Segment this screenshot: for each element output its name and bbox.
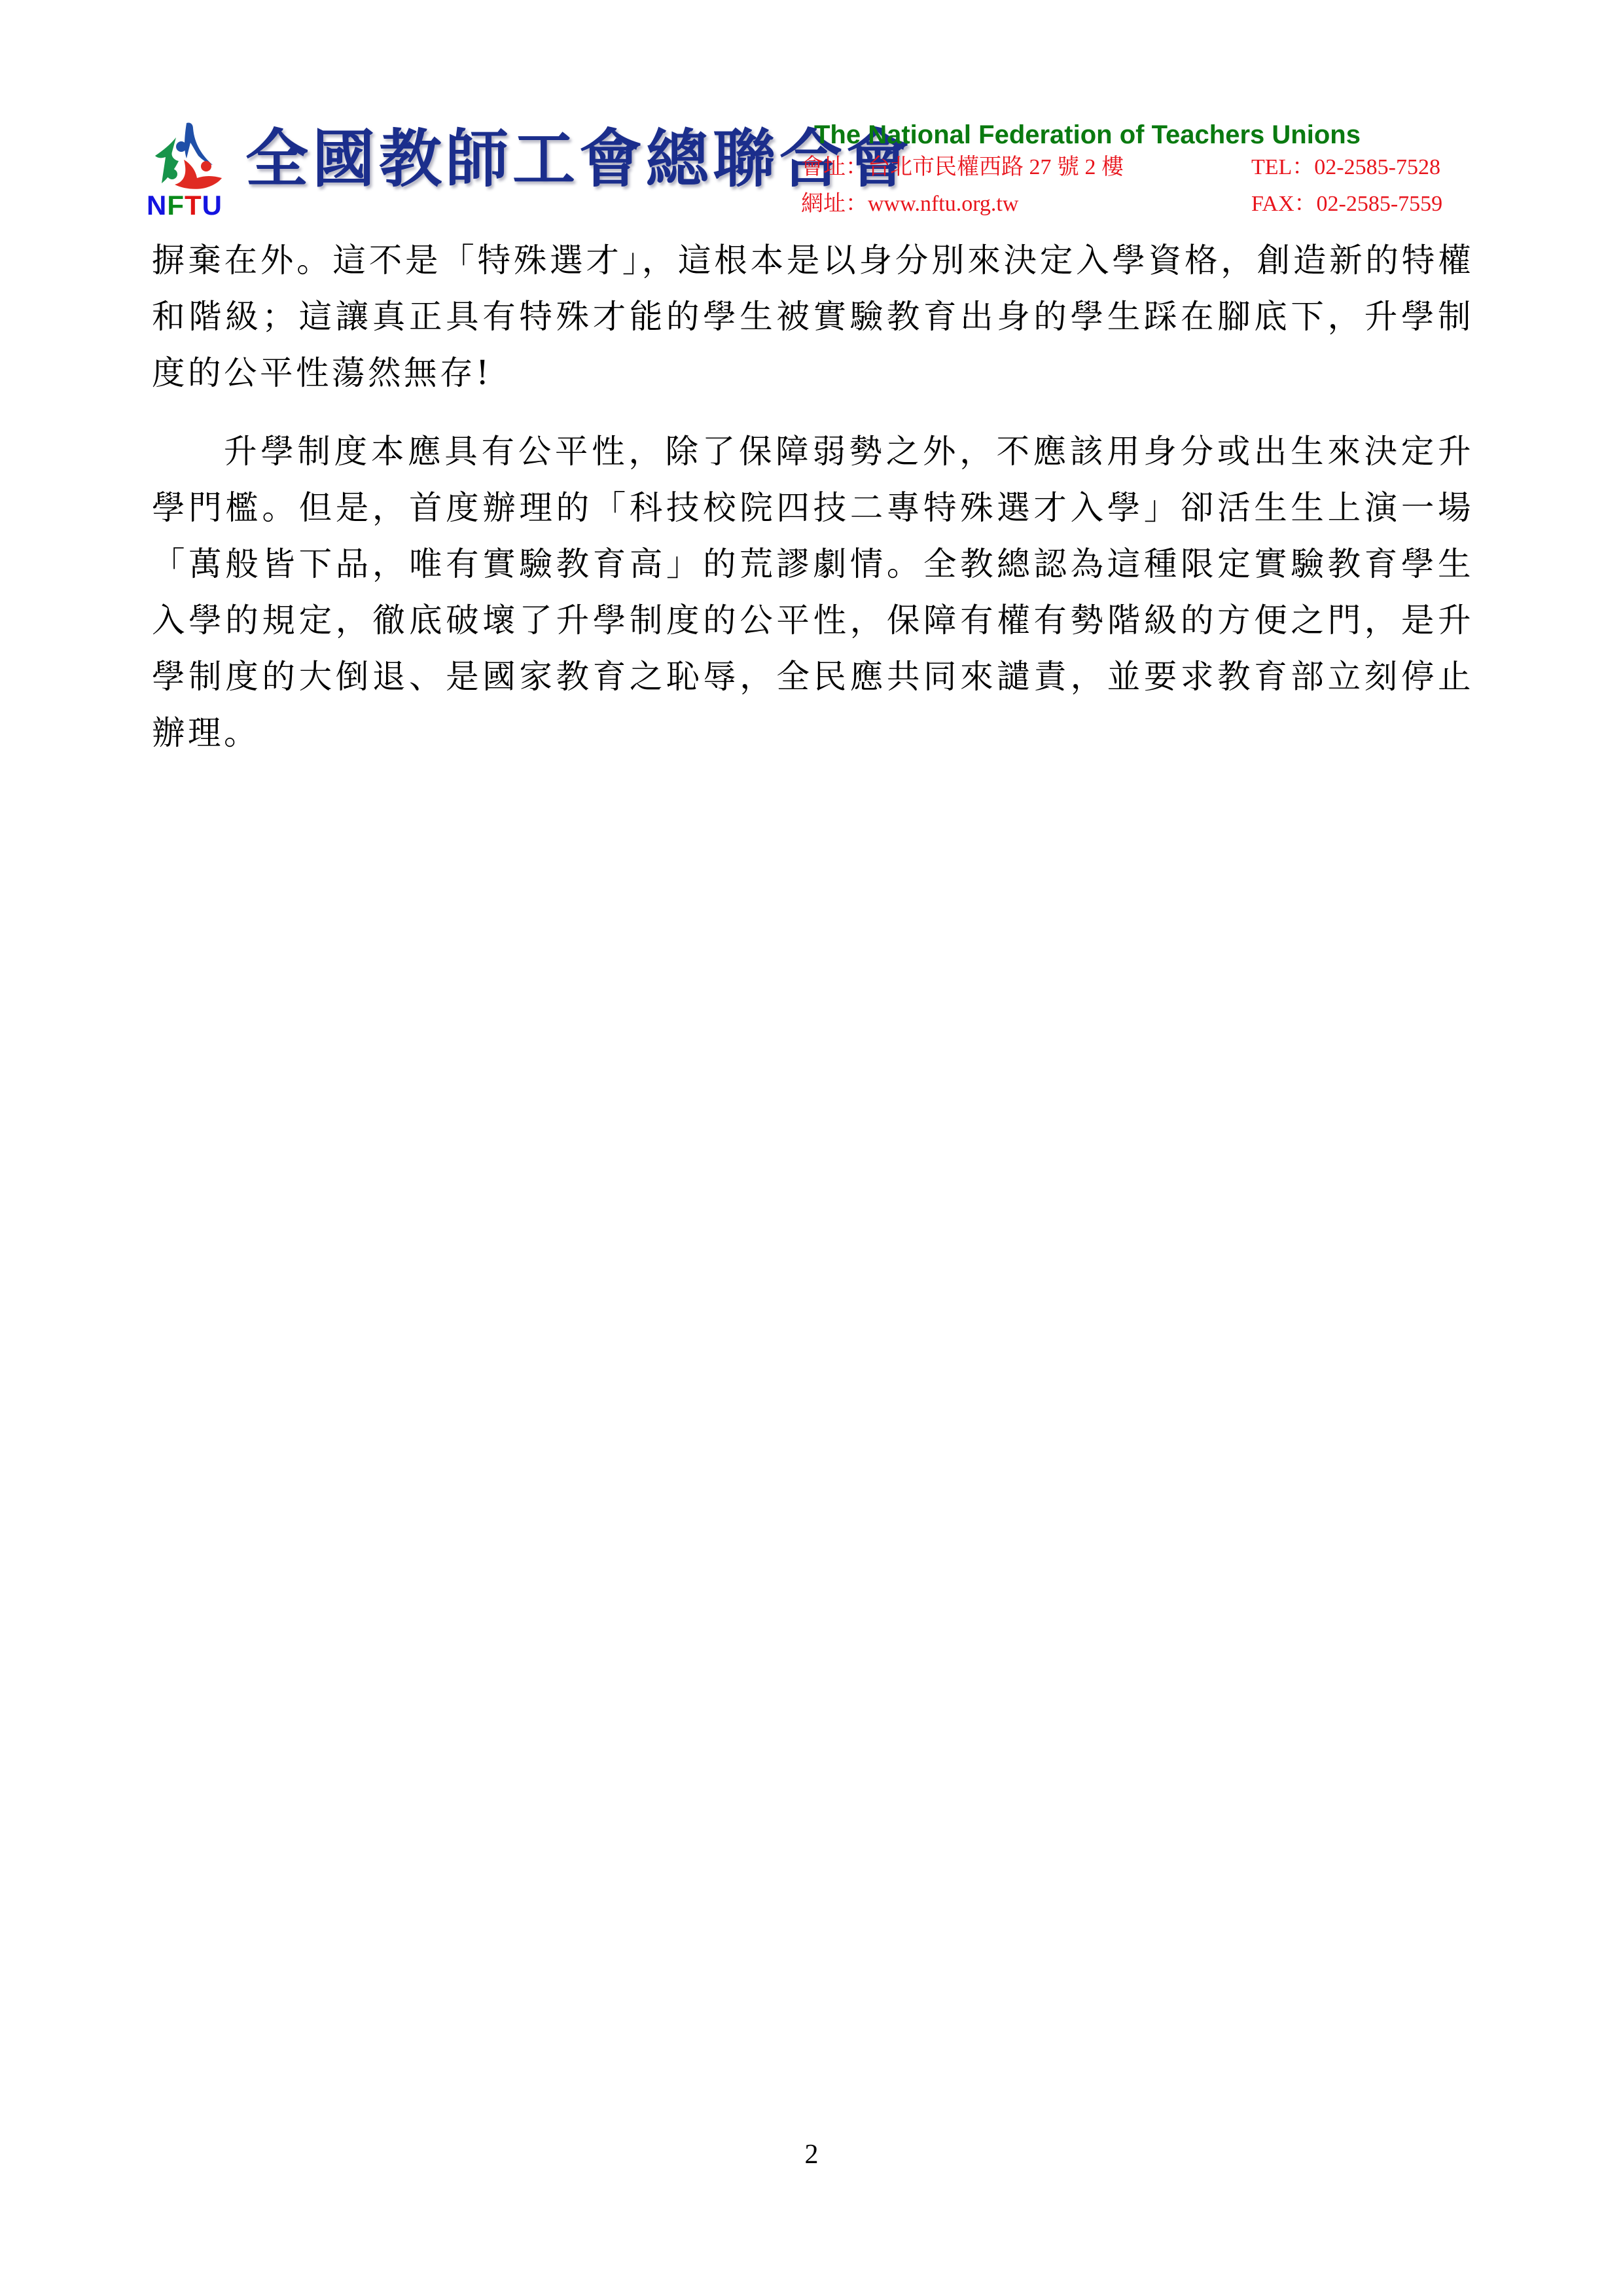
telephone-text: TEL：02-2585-7528 [1251, 154, 1440, 181]
paragraph-spacer [152, 401, 1474, 423]
logo-letter-n: N [147, 191, 167, 220]
paragraph-main: 升學制度本應具有公平性，除了保障弱勢之外，不應該用身分或出生來決定升學門檻。但是… [152, 423, 1474, 761]
website-text: 網址：www.nftu.org.tw [801, 191, 1018, 217]
address-text: 會址：台北市民權西路 27 號 2 樓 [801, 154, 1124, 181]
letterhead: NFTU 全國教師工會總聯合會 The National Federation … [0, 0, 1623, 223]
page-number: 2 [801, 2139, 822, 2170]
paragraph-continued: 摒棄在外。這不是「特殊選才」，這根本是以身分別來決定入學資格，創造新的特權和階級… [152, 232, 1474, 401]
nftu-logo-text: NFTU [147, 191, 223, 220]
logo-letter-u: U [202, 191, 223, 220]
fax-text: FAX：02-2585-7559 [1251, 191, 1442, 217]
nftu-logo-icon [147, 118, 232, 196]
logo-letter-f: F [167, 191, 185, 220]
org-name-english: The National Federation of Teachers Unio… [814, 120, 1361, 150]
logo-letter-t: T [185, 191, 202, 220]
document-body: 摒棄在外。這不是「特殊選才」，這根本是以身分別來決定入學資格，創造新的特權和階級… [152, 232, 1474, 761]
